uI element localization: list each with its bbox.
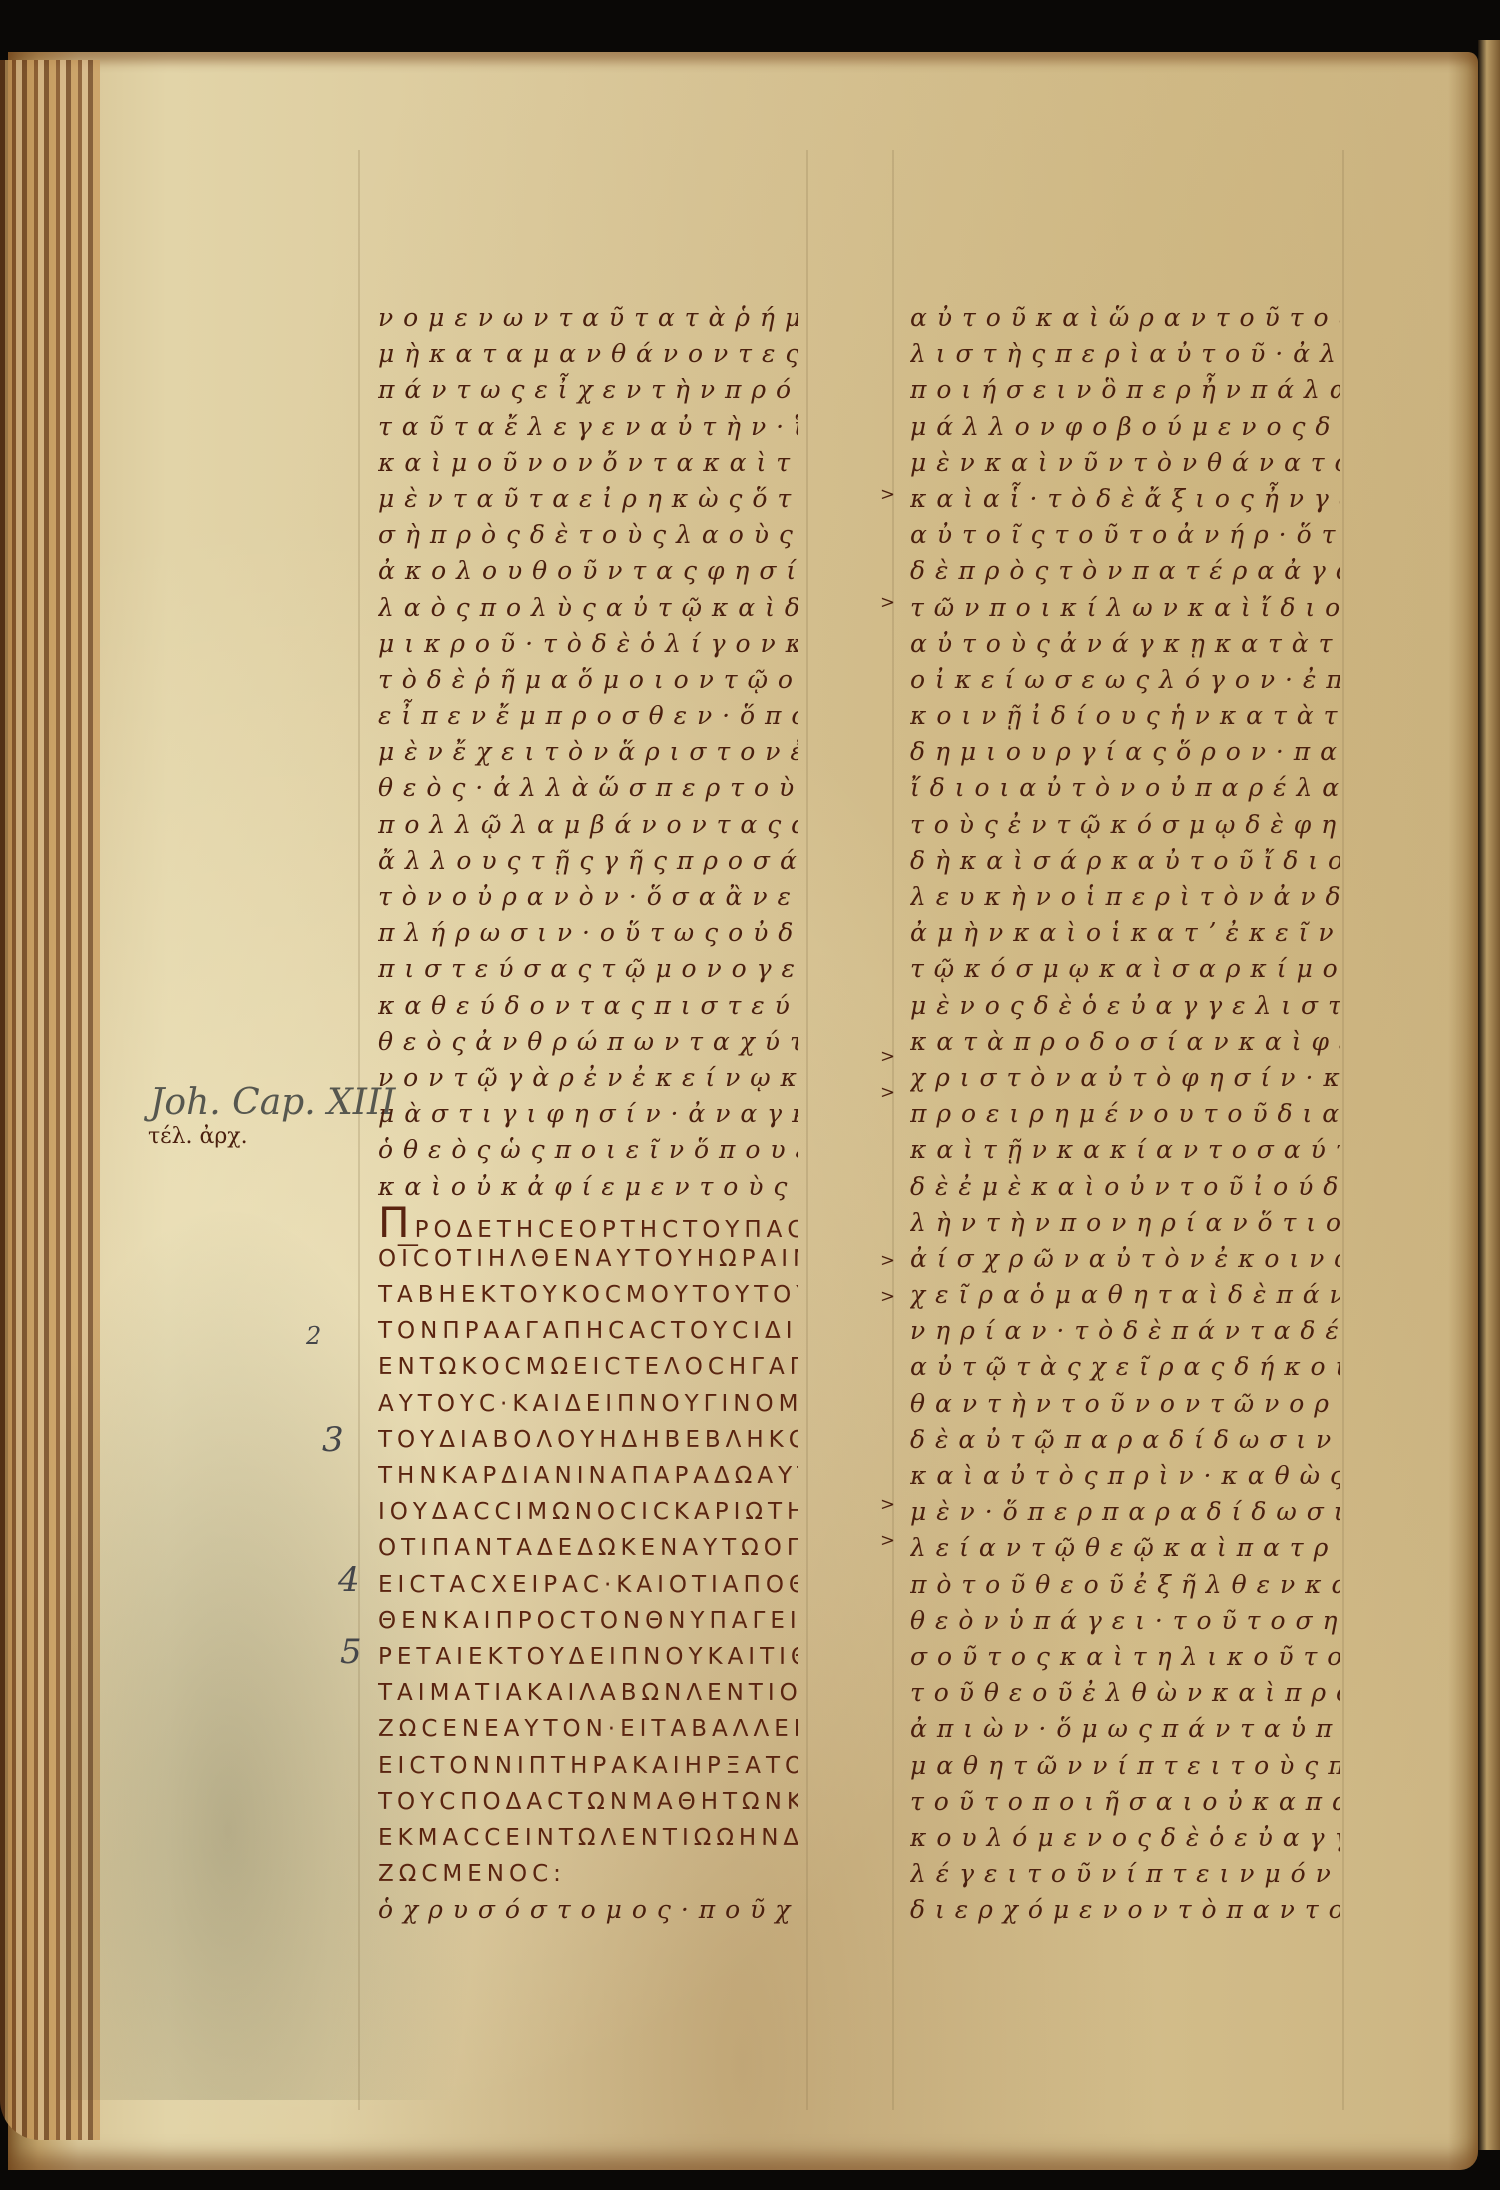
text-line: ΤΗΝΚΑΡΔΙΑΝΙΝΑΠΑΡΑΔΩΑΥΤΟΝ — [378, 1458, 798, 1494]
text-line: π ὸ τ ο ῦ θ ε ο ῦ ἐ ξ ῆ λ θ ε ν κ α ὶ π … — [910, 1567, 1340, 1603]
text-line: ΘΕΝΚΑΙΠΡΟϹΤΟΝΘΝΥΠΑΓΕΙΕΓΕΙ — [378, 1603, 798, 1639]
text-line: κ α ὶ α ἷ · τ ὸ δ ὲ ἄ ξ ι ο ς ἦ ν γ ὰ ρ … — [910, 481, 1340, 517]
text-line: μ α θ η τ ῶ ν ν ί π τ ε ι τ ο ὺ ς π ό δ … — [910, 1748, 1340, 1784]
text-line: ὁ χ ρ υ σ ό σ τ ο μ ο ς · π ο ῦ χ ῡ ͂ ὅ … — [378, 1892, 798, 1928]
text-line: σ ὴ π ρ ὸ ς δ ὲ τ ο ὺ ς λ α ο ὺ ς α ὐ τ … — [378, 517, 798, 553]
diple-marker: > — [880, 1046, 895, 1067]
text-line: π λ ή ρ ω σ ι ν · ο ὕ τ ω ς ο ὐ δ ὲ ἐ μ … — [378, 915, 798, 951]
verse-number: 2 — [306, 1322, 321, 1350]
text-line: ΖΩϹΕΝΕΑΥΤΟΝ·ΕΙΤΑΒΑΛΛΕΙΥΔΩΡ — [378, 1711, 798, 1747]
text-line: ΠΡΟΔΕΤΗϹΕΟΡΤΗϹΤΟΥΠΑϹΧΑΕΙΔΩϹ — [378, 1205, 798, 1241]
text-line: α ὐ τ ῷ τ ὰ ς χ ε ῖ ρ α ς δ ή κ ο ι ν ὸ … — [910, 1349, 1340, 1385]
text-line: δ ι ε ρ χ ό μ ε ν ο ν τ ὸ π α ν τ ο ῖ ο … — [910, 1892, 1340, 1928]
text-line: θ α ν τ ὴ ν τ ο ῦ ν ο ν τ ῶ ν ο ρ ί α ν … — [910, 1386, 1340, 1422]
text-line: θ ε ὸ ς · ἀ λ λ ὰ ὥ σ π ε ρ τ ο ὺ ς ἐ ν — [378, 770, 798, 806]
text-line: π ο ι ή σ ε ι ν ὃ π ε ρ ἦ ν π ά λ α ι — [910, 372, 1340, 408]
text-line: ΤΟΥΔΙΑΒΟΛΟΥΗΔΗΒΕΒΛΗΚΟΤΟϹΕΙϹ — [378, 1422, 798, 1458]
diple-marker: > — [880, 1286, 895, 1307]
text-line: ν η ρ ί α ν · τ ὸ δ ὲ π ά ν τ α δ έ δ ω … — [910, 1313, 1340, 1349]
right-text-column: α ὐ τ ο ῦ κ α ὶ ὥ ρ α ν τ ο ῦ τ ο φ η σ … — [910, 300, 1340, 1928]
text-line: ν ο ν τ ῷ γ ὰ ρ ἐ ν ἐ κ ε ί ν ῳ κ α ὶ ὅ … — [378, 1060, 798, 1096]
text-line: δ ὲ π ρ ὸ ς τ ὸ ν π α τ έ ρ α ἀ γ α γ ὼ … — [910, 553, 1340, 589]
text-line: θ ε ὸ ν ὑ π ά γ ε ι · τ ο ῦ τ ο σ η μ α … — [910, 1603, 1340, 1639]
text-line: ΙΟΥΔΑϹϹΙΜΩΝΟϹΙϹΚΑΡΙΩΤΗϹ·ΕΙΔΩϹ — [378, 1494, 798, 1530]
text-line: ΖΩϹΜΕΝΟϹ: — [378, 1856, 798, 1892]
text-line: ΟΙ͞ϹΟΤΙΗΛΘΕΝΑΥΤΟΥΗΩΡΑΙΝΑΜΕ — [378, 1241, 798, 1277]
text-line: ΟΤΙΠΑΝΤΑΔΕΔΩΚΕΝΑΥΤΩΟΠΗΡ — [378, 1530, 798, 1566]
text-line: ἄ λ λ ο υ ς τ ῇ ς γ ῆ ς π ρ ο σ ά ξ ε ι … — [378, 843, 798, 879]
text-line: π ο λ λ ῷ λ α μ β ά ν ο ν τ α ς ἀ ν θ ρ … — [378, 807, 798, 843]
text-line: χ ε ῖ ρ α ὁ μ α θ η τ α ὶ δ ὲ π ά ν τ ω … — [910, 1277, 1340, 1313]
text-line: θ ε ὸ ς ἀ ν θ ρ ώ π ω ν τ α χ ύ τ ε ρ ο … — [378, 1024, 798, 1060]
text-line: ΑΥΤΟΥϹ·ΚΑΙΔΕΙΠΝΟΥΓΙΝΟΜΕΝΟΥ — [378, 1386, 798, 1422]
verse-number: 5 — [340, 1632, 362, 1672]
text-line: ἀ κ ο λ ο υ θ ο ῦ ν τ α ς φ η σ ί ν · κ … — [378, 553, 798, 589]
text-line: π ι σ τ ε ύ σ α ς τ ῷ μ ο ν ο γ ε ν ε ῖ … — [378, 951, 798, 987]
text-line: ο ἰ κ ε ί ω σ ε ω ς λ ό γ ο ν · ἐ π ε ὶ … — [910, 662, 1340, 698]
text-line: ἀ μ ὴ ν κ α ὶ ο ἱ κ α τ ʼ ἐ κ ε ῖ ν ο ν … — [910, 915, 1340, 951]
text-line: τ ῷ κ ό σ μ ῳ κ α ὶ σ α ρ κ ί μ ο ι · ε … — [910, 951, 1340, 987]
text-line: κ α ὶ τ ῇ ν κ α κ ί α ν τ ο σ α ύ τ η ν … — [910, 1132, 1340, 1168]
text-line: ΤΟΥϹΠΟΔΑϹΤΩΝΜΑΘΗΤΩΝΚΑΙ — [378, 1784, 798, 1820]
text-line: δ ὲ ἐ μ ὲ κ α ὶ ο ὐ ν τ ο ῦ ἰ ο ύ δ α τ … — [910, 1169, 1340, 1205]
text-line: ΤΟΝΠΡΑΑΓΑΠΗϹΑϹΤΟΥϹΙΔΙΟΥϹΤΟΥϹ — [378, 1313, 798, 1349]
text-line: τ ὸ δ ὲ ῥ ῆ μ α ὅ μ ο ι ο ν τ ῷ ο ὕ τ ω … — [378, 662, 798, 698]
margin-chapter-reference: Joh. Cap. XIII — [150, 1082, 395, 1123]
text-line: κ α ὶ μ ο ῦ ν ο ν ὄ ν τ α κ α ὶ τ ὸ — [378, 445, 798, 481]
text-line: δ η μ ι ο υ ρ γ ί α ς ὅ ρ ο ν · π α ρ ʼ … — [910, 734, 1340, 770]
text-line: δ ὴ κ α ὶ σ ά ρ κ α ὐ τ ο ῦ ἴ δ ι ο ι κ … — [910, 843, 1340, 879]
text-line: μ ά λ λ ο ν φ ο β ο ύ μ ε ν ο ς δ ὲ ὁ ε … — [910, 409, 1340, 445]
text-line: ΕΚΜΑϹϹΕΙΝΤΩΛΕΝΤΙΩΩΗΝΔΙΕ — [378, 1820, 798, 1856]
text-line: κ α ὶ α ὐ τ ὸ ς π ρ ὶ ν · κ α θ ὼ ς α ὐ … — [910, 1458, 1340, 1494]
diple-marker: > — [880, 592, 895, 613]
ruling-line — [806, 150, 808, 2110]
ruling-line — [1342, 150, 1344, 2110]
text-line: ε ἶ π ε ν ἔ μ π ρ ο σ θ ε ν · ὅ π ο υ ἔ … — [378, 698, 798, 734]
text-line: ΕΝΤΩΚΟϹΜΩΕΙϹΤΕΛΟϹΗΓΑΠΗϹΕΝ — [378, 1349, 798, 1385]
text-line: τ ῶ ν π ο ι κ ί λ ω ν κ α ὶ ἴ δ ι ο ι δ … — [910, 590, 1340, 626]
text-line: τ α ῦ τ α ἔ λ ε γ ε ν α ὐ τ ὴ ν · ἵ ν α — [378, 409, 798, 445]
text-line: ἀ ί σ χ ρ ῶ ν α ὐ τ ὸ ν ἐ κ ο ι ν ώ ν ε … — [910, 1241, 1340, 1277]
text-line: τ ο ῦ θ ε ο ῦ ἐ λ θ ὼ ν κ α ὶ π ρ ὸ ς α … — [910, 1675, 1340, 1711]
text-line: μ ὲ ν ἔ χ ε ι τ ὸ ν ἅ ρ ι σ τ ο ν ἐ ν θ … — [378, 734, 798, 770]
facing-page-edge — [1478, 40, 1500, 2150]
left-text-column: ν ο μ ε ν ω ν τ α ῦ τ α τ ὰ ῥ ή μ α τ α … — [378, 300, 798, 1928]
text-line: ὁ θ ε ὸ ς ὡ ς π ο ι ε ῖ ν ὅ π ο υ ἐ ἀ ν — [378, 1132, 798, 1168]
diple-marker: > — [880, 1494, 895, 1515]
text-line: λ ὴ ν τ ὴ ν π ο ν η ρ ί α ν ὅ τ ι ο ὐ δ … — [910, 1205, 1340, 1241]
text-line: ἀ π ι ὼ ν · ὅ μ ω ς π ά ν τ α ὑ π ε ρ α … — [910, 1711, 1340, 1747]
text-line: μ ὲ ν κ α ὶ ν ῦ ν τ ὸ ν θ ά ν α τ ο ν α … — [910, 445, 1340, 481]
text-line: ν ο μ ε ν ω ν τ α ῦ τ α τ ὰ ῥ ή μ α τ α … — [378, 300, 798, 336]
verse-number: 4 — [338, 1560, 360, 1600]
text-line: τ ὸ ν ο ὐ ρ α ν ὸ ν · ὅ σ α ἂ ν ε ἰ ς π … — [378, 879, 798, 915]
text-line: λ ε υ κ ὴ ν ο ἱ π ε ρ ὶ τ ὸ ν ἀ ν δ ρ α — [910, 879, 1340, 915]
text-line: μ ι κ ρ ο ῦ · τ ὸ δ ὲ ὁ λ ί γ ο ν κ α ὶ — [378, 626, 798, 662]
text-line: κ α θ ε ύ δ ο ν τ α ς π ι σ τ ε ύ ε σ θ … — [378, 988, 798, 1024]
text-line: π ά ν τ ω ς ε ἶ χ ε ν τ ὴ ν π ρ ό φ α σ … — [378, 372, 798, 408]
stacked-page-edges — [0, 60, 100, 2140]
text-line: λ έ γ ε ι τ ο ῦ ν ί π τ ε ι ν μ ό ν ο ν … — [910, 1856, 1340, 1892]
text-line: σ ο ῦ τ ο ς κ α ὶ τ η λ ι κ ο ῦ τ ο ς ὢ … — [910, 1639, 1340, 1675]
text-line: λ α ὸ ς π ο λ ὺ ς α ὐ τ ῷ κ α ὶ δ ι ὰ — [378, 590, 798, 626]
text-line: δ ὲ α ὐ τ ῷ π α ρ α δ ί δ ω σ ι ν · ο ὕ … — [910, 1422, 1340, 1458]
text-line: μ ὴ κ α τ α μ α ν θ ά ν ο ν τ ε ς τ ί ν … — [378, 336, 798, 372]
text-line: λ ι σ τ ὴ ς π ε ρ ὶ α ὐ τ ο ῦ · ἀ λ λ ʼ … — [910, 336, 1340, 372]
text-line: π ρ ο ε ι ρ η μ έ ν ο υ τ ο ῦ δ ι α β ό … — [910, 1096, 1340, 1132]
text-line: χ ρ ι σ τ ὸ ν α ὐ τ ὸ φ η σ ί ν · κ α ὶ … — [910, 1060, 1340, 1096]
diple-marker: > — [880, 1082, 895, 1103]
text-line: ΤΑΒΗΕΚΤΟΥΚΟϹΜΟΥΤΟΥΤΟΥΠΡΟϹ — [378, 1277, 798, 1313]
text-line: μ ὲ ν ο ς δ ὲ ὁ ε ὐ α γ γ ε λ ι σ τ ὴ ς … — [910, 988, 1340, 1024]
text-line: μ ὲ ν · ὅ π ε ρ π α ρ α δ ί δ ω σ ι τ ὴ … — [910, 1494, 1340, 1530]
ruling-line — [892, 150, 894, 2110]
verse-number: 3 — [322, 1420, 344, 1460]
text-line: α ὐ τ ο ῖ ς τ ο ῦ τ ο ἀ ν ή ρ · ὅ τ ι ο … — [910, 517, 1340, 553]
text-line: ΕΙϹΤΟΝΝΙΠΤΗΡΑΚΑΙΗΡΞΑΤΟΝΙΠΤΕΙ — [378, 1748, 798, 1784]
text-line: μ ὲ ν τ α ῦ τ α ε ἰ ρ η κ ὼ ς ὅ τ ι ἐ μ … — [378, 481, 798, 517]
text-line: κ α ὶ ο ὐ κ ἀ φ ί ε μ ε ν τ ο ὺ ς ἀ ν θ … — [378, 1169, 798, 1205]
text-line: τ ο ὺ ς ἐ ν τ ῷ κ ό σ μ ῳ δ ὲ φ η σ ὶ ν … — [910, 807, 1340, 843]
text-line: τ ο ῦ τ ο π ο ι ῆ σ α ι ο ὐ κ α π α ί ζ … — [910, 1784, 1340, 1820]
text-line: κ ο ι ν ῇ ἰ δ ί ο υ ς ἡ ν κ α τ ὰ τ ὸ ν … — [910, 698, 1340, 734]
text-line: ἴ δ ι ο ι α ὐ τ ὸ ν ο ὐ π α ρ έ λ α β ο … — [910, 770, 1340, 806]
diple-marker: > — [880, 1250, 895, 1271]
text-line: ΡΕΤΑΙΕΚΤΟΥΔΕΙΠΝΟΥΚΑΙΤΙΘΕΙϹΙ — [378, 1639, 798, 1675]
text-line: μ ὰ σ τ ι γ ι φ η σ ί ν · ἀ ν α γ κ ά ζ … — [378, 1096, 798, 1132]
text-line: κ ο υ λ ό μ ε ν ο ς δ ὲ ὁ ε ὐ α γ γ ε λ … — [910, 1820, 1340, 1856]
text-line: ΕΙϹΤΑϹΧΕΙΡΑϹ·ΚΑΙΟΤΙΑΠΟΘΥΕΞΗΛ — [378, 1567, 798, 1603]
diple-marker: > — [880, 484, 895, 505]
margin-lection-note: τέλ. ἀρχ. — [148, 1124, 248, 1149]
text-line: ΤΑΙΜΑΤΙΑΚΑΙΛΑΒΩΝΛΕΝΤΙΟΝΔΙΕ — [378, 1675, 798, 1711]
text-line: λ ε ί α ν τ ῷ θ ε ῷ κ α ὶ π α τ ρ ί · τ … — [910, 1530, 1340, 1566]
text-line: κ α τ ὰ π ρ ο δ ο σ ί α ν κ α ὶ φ ε ρ ό … — [910, 1024, 1340, 1060]
text-line: α ὐ τ ο ὺ ς ἀ ν ά γ κ ῃ κ α τ ὰ τ ὸ ν τ … — [910, 626, 1340, 662]
diple-marker: > — [880, 1530, 895, 1551]
ruling-line — [358, 150, 360, 2110]
text-line: α ὐ τ ο ῦ κ α ὶ ὥ ρ α ν τ ο ῦ τ ο φ η σ … — [910, 300, 1340, 336]
